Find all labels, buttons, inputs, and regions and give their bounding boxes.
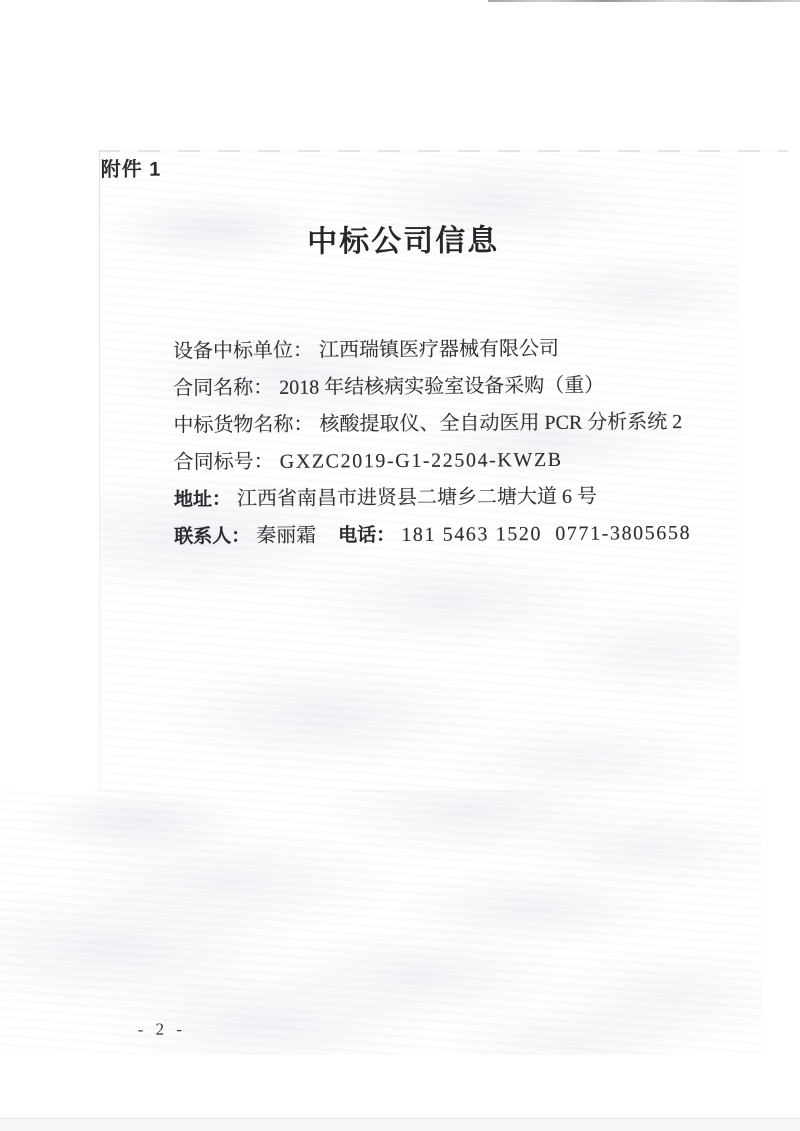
field-list: 设备中标单位：江西瑞镇医疗器械有限公司 合同名称：2018 年结核病实验室设备采… [143, 293, 705, 519]
field-value: GXZC2019-G1-22504-KWZB [280, 449, 563, 473]
field-value: 2018 年结核病实验室设备采购（重） [279, 375, 604, 399]
attachment-label: 附件 1 [101, 153, 162, 182]
field-line-winning-unit: 设备中标单位：江西瑞镇医疗器械有限公司 [143, 293, 703, 334]
field-value: 核酸提取仪、全自动医用 PCR 分析系统 2 [319, 411, 682, 436]
phone-label: 电话： [338, 525, 395, 546]
field-label: 合同标号： [174, 451, 274, 474]
scanned-document-page: { "document": { "attachment_label": "附件 … [0, 0, 800, 1131]
page-title: 中标公司信息 [0, 213, 800, 263]
phone-value: 181 5463 1520 0771-3805658 [401, 522, 691, 546]
field-label: 设备中标单位： [173, 340, 313, 363]
field-value: 秦丽霜 [256, 525, 316, 547]
document-content: 附件 1 中标公司信息 设备中标单位：江西瑞镇医疗器械有限公司 合同名称：201… [0, 0, 800, 1131]
field-label: 合同名称： [173, 377, 273, 400]
field-value: 江西省南昌市进贤县二塘乡二塘大道 6 号 [237, 486, 597, 511]
field-value: 江西瑞镇医疗器械有限公司 [319, 338, 559, 362]
field-label: 地址： [174, 489, 231, 510]
page-number: - 2 - [138, 1020, 186, 1040]
field-label: 联系人： [174, 526, 250, 548]
field-label: 中标货物名称： [173, 414, 313, 437]
